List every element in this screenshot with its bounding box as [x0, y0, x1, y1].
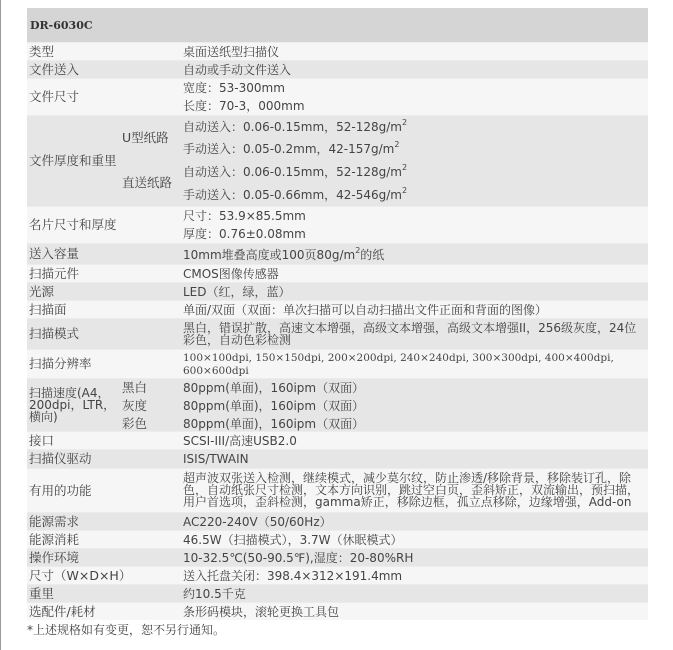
row-value: 单面/双面（双面：单次扫描可以自动扫描出文件正面和背面的图像）: [183, 301, 642, 319]
row-value: 约10.5千克: [183, 585, 642, 603]
row-dimensions: 尺寸（W×D×H） 送入托盘关闭：398.4×312×191.4mm: [27, 566, 648, 584]
card-thickness: 厚度：0.76±0.08mm: [183, 225, 642, 243]
speed-mode-bw: 黑白: [122, 379, 147, 397]
row-card: 名片尺寸和厚度 尺寸：53.9×85.5mm 厚度：0.76±0.08mm: [27, 206, 648, 243]
row-value: 黑白，错误扩散，高速文本增强，高级文本增强，高级文本增强II，256级灰度，24…: [183, 322, 642, 346]
straight-path-auto: 自动送入：0.06-0.15mm，52-128g/m2: [183, 163, 642, 181]
card-size: 尺寸：53.9×85.5mm: [183, 207, 642, 225]
row-sensor: 扫描元件 CMOS图像传感器: [27, 264, 648, 282]
row-label: 选配件/耗材: [29, 603, 96, 620]
row-label: 重里: [29, 585, 54, 602]
u-path-manual: 手动送入：0.05-0.2mm，42-157g/m2: [183, 140, 642, 158]
u-path-auto: 自动送入：0.06-0.15mm，52-128g/m2: [183, 118, 642, 136]
doc-length: 长度：70-3，000mm: [183, 97, 642, 115]
row-value: 送入托盘关闭：398.4×312×191.4mm: [183, 567, 642, 585]
row-label: 文件厚度和重里: [29, 116, 117, 206]
row-value: ISIS/TWAIN: [183, 450, 642, 468]
page-left-border: [0, 0, 1, 650]
row-value: 46.5W（扫描模式），3.7W（休眠模式）: [183, 531, 642, 549]
row-type: 类型 桌面送纸型扫描仪: [27, 42, 648, 60]
row-label: 扫描分辨率: [29, 350, 92, 378]
row-label: 尺寸（W×D×H）: [29, 567, 131, 584]
row-value: 自动或手动文件送入: [183, 61, 642, 79]
doc-width: 宽度：53-300mm: [183, 79, 642, 97]
speed-value-gray: 80ppm(单面)，160ipm（双面）: [183, 397, 642, 415]
row-label: 文件送入: [29, 61, 79, 78]
row-value: 条形码模块，滚轮更换工具包: [183, 603, 642, 621]
spec-table: DR-6030C 类型 桌面送纸型扫描仪 文件送入 自动或手动文件送入 文件尺寸…: [27, 8, 648, 620]
row-side: 扫描面 单面/双面（双面：单次扫描可以自动扫描出文件正面和背面的图像）: [27, 300, 648, 318]
row-capacity: 送入容量 10mm堆叠高度或100页80g/m2的纸: [27, 243, 648, 264]
row-features: 有用的功能 超声波双张送入检测，继续模式，减少莫尔纹，防止渗透/移除背景，移除装…: [27, 468, 648, 512]
row-environment: 操作环境 10-32.5℃(50-90.5℉),湿度：20-80%RH: [27, 548, 648, 566]
row-label: 类型: [29, 43, 54, 60]
row-label: 光源: [29, 283, 54, 300]
row-label: 扫描模式: [29, 319, 79, 349]
row-light: 光源 LED（红，绿，蓝）: [27, 282, 648, 300]
row-label: 扫描速度(A4，200dpi，LTR，横向): [29, 379, 117, 431]
row-value: SCSI-III/高速USB2.0: [183, 432, 642, 450]
straight-path-manual: 手动送入：0.05-0.66mm，42-546g/m2: [183, 186, 642, 204]
row-label: 扫描元件: [29, 265, 79, 282]
u-path-label: U型纸路: [122, 129, 169, 147]
row-value: CMOS图像传感器: [183, 265, 642, 283]
row-value: 超声波双张送入检测，继续模式，减少莫尔纹，防止渗透/移除背景，移除装订孔，除色，…: [183, 472, 642, 508]
footnote: *上述规格如有变更，恕不另行通知。: [27, 621, 225, 638]
row-label: 能源消耗: [29, 531, 79, 548]
row-value: 100×100dpi, 150×150dpi, 200×200dpi, 240×…: [183, 352, 642, 378]
row-label: 文件尺寸: [29, 79, 79, 115]
speed-mode-gray: 灰度: [122, 397, 147, 415]
table-header: DR-6030C: [27, 8, 648, 42]
row-value: AC220-240V（50/60Hz）: [183, 513, 642, 531]
speed-value-bw: 80ppm(单面)，160ipm（双面）: [183, 379, 642, 397]
row-mode: 扫描模式 黑白，错误扩散，高速文本增强，高级文本增强，高级文本增强II，256级…: [27, 318, 648, 349]
row-options: 选配件/耗材 条形码模块，滚轮更换工具包: [27, 602, 648, 620]
row-label: 扫描面: [29, 301, 67, 318]
row-label: 接口: [29, 432, 54, 449]
row-value: 桌面送纸型扫描仪: [183, 43, 642, 61]
row-thickness: 文件厚度和重里 U型纸路 直送纸路 自动送入：0.06-0.15mm，52-12…: [27, 115, 648, 206]
row-resolution: 扫描分辨率 100×100dpi, 150×150dpi, 200×200dpi…: [27, 349, 648, 378]
row-power-req: 能源需求 AC220-240V（50/60Hz）: [27, 512, 648, 530]
row-label: 扫描仪驱动: [29, 450, 92, 468]
row-value: 10-32.5℃(50-90.5℉),湿度：20-80%RH: [183, 549, 642, 567]
row-speed: 扫描速度(A4，200dpi，LTR，横向) 黑白 灰度 彩色 80ppm(单面…: [27, 378, 648, 431]
row-label: 操作环境: [29, 549, 79, 566]
row-label: 名片尺寸和厚度: [29, 207, 117, 243]
row-interface: 接口 SCSI-III/高速USB2.0: [27, 431, 648, 449]
straight-path-label: 直送纸路: [122, 174, 172, 192]
row-label: 送入容量: [29, 244, 79, 264]
row-label: 能源需求: [29, 513, 79, 530]
row-power-use: 能源消耗 46.5W（扫描模式），3.7W（休眠模式）: [27, 530, 648, 548]
row-feeding: 文件送入 自动或手动文件送入: [27, 60, 648, 78]
row-value: LED（红，绿，蓝）: [183, 283, 642, 301]
row-label: 有用的功能: [29, 469, 92, 512]
model-title: DR-6030C: [30, 19, 93, 32]
row-weight: 重里 约10.5千克: [27, 584, 648, 602]
row-doc-size: 文件尺寸 宽度：53-300mm 长度：70-3，000mm: [27, 78, 648, 115]
row-value: 10mm堆叠高度或100页80g/m2的纸: [183, 246, 642, 264]
row-driver: 扫描仪驱动 ISIS/TWAIN: [27, 449, 648, 468]
